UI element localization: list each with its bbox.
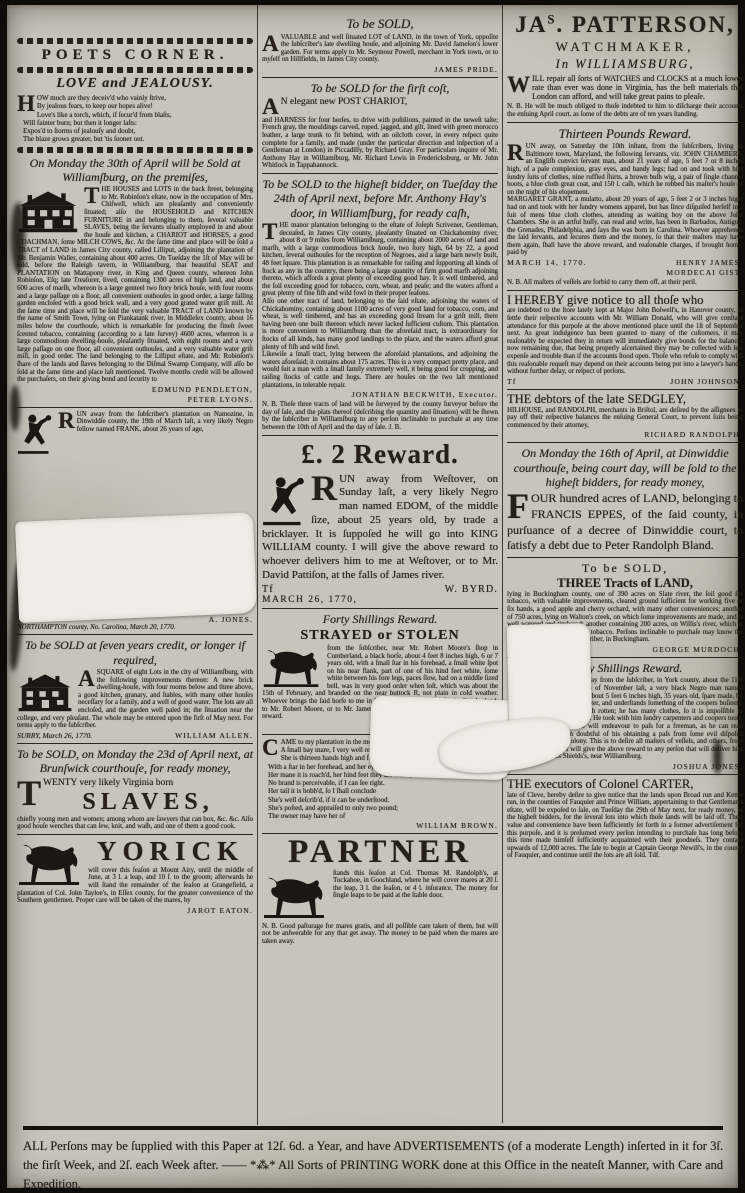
ad-heading: To be SOLD, — [262, 16, 498, 32]
imprint-text: ALL Perſons may be ſupplied with this Pa… — [23, 1137, 723, 1193]
ad-heading: To be SOLD for the firſt coſt, — [262, 81, 498, 95]
rule — [507, 774, 743, 775]
paper-sheet: POETS CORNER. LOVE and JEALOUSY. H OW mu… — [7, 5, 738, 1188]
ad-body: UN away from the ſubſcriber's plantation… — [77, 411, 253, 433]
ad-runaway-frank: R UN away from the ſubſcriber's plantati… — [17, 411, 253, 456]
rule — [17, 634, 253, 635]
ad-signature: JAMES PRIDE. — [262, 65, 498, 74]
ad-sedgley-debtors: THE debtors of the late SEDGLEY, HILHOUS… — [507, 393, 743, 440]
woodcut-horse-icon — [17, 840, 83, 886]
poem-line: By jealous fears, to keep our hopes aliv… — [17, 102, 253, 110]
watchmaker-subtitle: WATCHMAKER, — [507, 39, 743, 55]
poem-line: The blaze grows greater, but 'tis ſooner… — [17, 135, 253, 143]
torn-paper-patch — [507, 623, 593, 731]
woodcut-runaway-figure-icon — [17, 413, 53, 455]
verse-line: She's poſted, and appraiſed to only two … — [262, 804, 498, 812]
rule — [507, 442, 743, 443]
ad-carter-executors: THE executors of Colonel CARTER, late of… — [507, 778, 743, 860]
imprint-footer: ALL Perſons may be ſupplied with this Pa… — [23, 1126, 723, 1193]
ad-lead-line: N elegant new POST CHARIOT, — [262, 97, 498, 108]
tf-mark: Tf — [507, 377, 516, 386]
ad-dropcap: R — [311, 474, 337, 503]
ad-signature: W. BYRD. — [445, 584, 498, 595]
reward-title: £. 2 Reward. — [262, 439, 498, 470]
poem: H OW much are they deceiv'd who vainly ſ… — [17, 94, 253, 144]
ad-signature: MORDECAI GIST. — [507, 268, 743, 277]
column-middle: To be SOLD, A VALUABLE and well ſituated… — [257, 5, 502, 1125]
rule — [507, 389, 743, 390]
ad-heading: To be SOLD at ſeven years credit, or lon… — [17, 638, 253, 667]
ad-nota-bene: N. B. All maſters of veſſels are forbid … — [507, 279, 743, 287]
ad-dropcap: A — [262, 98, 279, 116]
ad-signature: JOHN JOHNSON. — [670, 377, 743, 386]
verse-line: Her tail it is bobb'd, ſo I ſhall conclu… — [262, 787, 498, 795]
poem-line: Expos'd to ſtorms of jealouſy and doubt, — [17, 127, 253, 135]
rule — [507, 122, 743, 123]
ad-body: VALUABLE and well ſituated LOT of LAND, … — [262, 34, 498, 64]
ink-smudge — [713, 740, 722, 774]
rule — [17, 834, 253, 835]
ad-dropcap: T — [262, 223, 277, 241]
ad-partner-horse: PARTNER ſtands this ſeaſon at Col. Thoma… — [262, 837, 498, 945]
ad-body: and HARNESS for four horſes, to drive wi… — [262, 117, 498, 170]
ad-dropcap: R — [58, 412, 75, 430]
rule — [262, 173, 498, 174]
ad-twenty-slaves: To be SOLD, on Monday the 23d of April n… — [17, 747, 253, 831]
rule — [507, 557, 743, 558]
ad-eight-lots: To be SOLD at ſeven years credit, or lon… — [17, 638, 253, 740]
ad-dropcap: R — [507, 144, 524, 162]
rule — [17, 743, 253, 744]
rule — [507, 290, 743, 291]
rule — [262, 77, 498, 78]
ad-body: late of Cleve, hereby deſire to give not… — [507, 792, 743, 860]
ad-body: are indebted to the ſtore lately kept at… — [507, 307, 743, 375]
verse-line: The owner may have her of — [262, 812, 498, 820]
ad-dateline: NORTHAMPTON county, No. Carolina, March … — [17, 624, 253, 632]
ad-dropcap: A — [262, 35, 279, 53]
woodcut-house-icon — [17, 188, 79, 234]
woodcut-house-icon — [17, 671, 73, 713]
ad-nota-bene: N. B. He will be much obliged to thoſe i… — [507, 103, 743, 118]
horse-name-title: PARTNER — [262, 837, 498, 868]
ad-two-pound-reward: £. 2 Reward. R UN away from Weſtover, on… — [262, 439, 498, 605]
ad-signature: HENRY JAMES. — [676, 258, 743, 267]
ad-signature: EDMUND PENDLETON, — [17, 385, 253, 394]
ad-body: ILL repair all ſorts of WATCHES and CLOC… — [532, 74, 743, 101]
ad-body: OUR hundred acres of LAND, belonging to … — [507, 491, 743, 553]
ad-signature: RICHARD RANDOLPH. — [507, 430, 743, 439]
ad-dateline: MARCH 14, 1770. — [507, 258, 587, 267]
ad-signature: PETER LYONS. — [17, 395, 253, 404]
ink-smudge — [10, 385, 20, 431]
chain-ornament — [17, 147, 253, 153]
poets-corner-title: POETS CORNER. — [17, 47, 253, 64]
torn-paper-patch — [15, 512, 257, 623]
ad-dinwiddie-sale: On Monday the 16th of April, at Dinwiddi… — [507, 446, 743, 554]
footer-rule — [23, 1126, 723, 1130]
ad-patterson-watchmaker: JAS. PATTERSON, WATCHMAKER, In WILLIAMSB… — [507, 13, 743, 119]
strayed-title: STRAYED or STOLEN — [262, 628, 498, 644]
ad-signature: WILLIAM BROWN. — [262, 821, 498, 830]
ad-heading: Forty Shillings Reward. — [262, 612, 498, 626]
ad-heading: Thirteen Pounds Reward. — [507, 126, 743, 142]
poem-line: OW much are they deceiv'd who vainly ſtr… — [17, 94, 253, 102]
slaves-display-title: SLAVES, — [17, 790, 253, 814]
poem-line: Love's like a torch, which, if ſecur'd f… — [17, 111, 253, 119]
poem-line: Will fainter burn; but then it longer la… — [17, 119, 253, 127]
ad-lead-line: WENTY very likely Virginia born — [17, 778, 253, 789]
ad-heading: To be SOLD, — [507, 561, 743, 576]
rule — [17, 407, 253, 408]
ad-body: chiefly young men and women; among whom … — [17, 816, 253, 831]
ad-lead-line: I HEREBY give notice to all thoſe who — [507, 294, 743, 308]
rule — [262, 608, 498, 609]
ad-body: MARGARET GRANT, a mulatto, about 20 year… — [507, 196, 743, 257]
ad-dropcap: T — [17, 779, 41, 808]
ad-manor-plantation: To be SOLD to the higheſt bidder, on Tue… — [262, 177, 498, 432]
ad-dropcap: A — [78, 670, 95, 688]
ad-body: HILHOUSE, and RANDOLPH, merchants in Bri… — [507, 407, 743, 430]
ad-body: Alſo one other tract of land, belonging … — [262, 298, 498, 351]
williamsburg-subtitle: In WILLIAMSBURG, — [507, 57, 743, 72]
ad-dropcap: W — [507, 76, 530, 94]
patterson-title: JAS. PATTERSON, — [507, 13, 743, 36]
poem-dropcap: H — [17, 95, 35, 113]
ad-store-notice: I HEREBY give notice to all thoſe who ar… — [507, 294, 743, 386]
ad-dropcap: T — [84, 187, 99, 205]
ad-body: HE manor plantation belonging to the eſt… — [262, 222, 498, 297]
ad-nota-bene: N. B. Theſe three tracts of land will be… — [262, 401, 498, 431]
ad-heading: To be SOLD to the higheſt bidder, on Tue… — [262, 177, 498, 220]
ad-signature: JAROT EATON. — [17, 906, 253, 915]
woodcut-runaway-figure-icon — [262, 475, 306, 527]
ad-body: Likewiſe a ſmall tract, lying between th… — [262, 351, 498, 389]
poem-title: LOVE and JEALOUSY. — [17, 76, 253, 92]
ad-york-lot: To be SOLD, A VALUABLE and well ſituated… — [262, 16, 498, 74]
chain-ornament — [17, 67, 253, 73]
ad-subheading: THREE Tracts of LAND, — [507, 576, 743, 591]
ad-robinson-estate: On Monday the 30th of April will be Sold… — [17, 156, 253, 404]
ad-nota-bene: N. B. Good paſturage for mares gratis, a… — [262, 923, 498, 946]
ad-lead-line: THE executors of Colonel CARTER, — [507, 778, 743, 792]
ad-post-chariot: To be SOLD for the firſt coſt, A N elega… — [262, 81, 498, 170]
ad-heading: To be SOLD, on Monday the 23d of April n… — [17, 747, 253, 776]
ad-signature: WILLIAM ALLEN. — [175, 731, 253, 740]
ad-body: ſtands this ſeaſon at Col. Thomas M. Ran… — [333, 870, 498, 900]
ad-signature: JONATHAN BECKWITH, Executor. — [262, 390, 498, 399]
ad-heading: On Monday the 16th of April, at Dinwiddi… — [507, 446, 743, 489]
tf-mark: Tf — [262, 584, 274, 595]
verse-line: No brand is perceivable, if I can ſee ri… — [262, 779, 498, 787]
ad-dropcap: F — [507, 492, 529, 521]
chain-ornament — [17, 38, 253, 44]
ad-thirteen-pounds-reward: Thirteen Pounds Reward. R UN away, on Sa… — [507, 126, 743, 287]
ink-smudge — [11, 203, 25, 273]
rule — [262, 435, 498, 436]
ad-yorick-horse: YORICK will cover this ſeaſon at Mount A… — [17, 838, 253, 915]
ad-lead-line: THE debtors of the late SEDGLEY, — [507, 393, 743, 407]
newspaper-page: POETS CORNER. LOVE and JEALOUSY. H OW mu… — [0, 0, 745, 1193]
woodcut-horse-icon — [262, 647, 322, 687]
ad-heading: On Monday the 30th of April will be Sold… — [17, 156, 253, 185]
ad-dateline: MARCH 26, 1770, — [262, 595, 498, 605]
ad-body: UN away, on Saturday the 10th inſtant, f… — [507, 143, 743, 196]
ad-dropcap: C — [262, 739, 279, 757]
column-right: JAS. PATTERSON, WATCHMAKER, In WILLIAMSB… — [502, 5, 745, 1123]
woodcut-horse-icon — [262, 872, 328, 920]
ad-dateline: SURRY, March 26, 1770. — [17, 731, 92, 740]
verse-line: She's well deſcrib'd, if it can be under… — [262, 796, 498, 804]
